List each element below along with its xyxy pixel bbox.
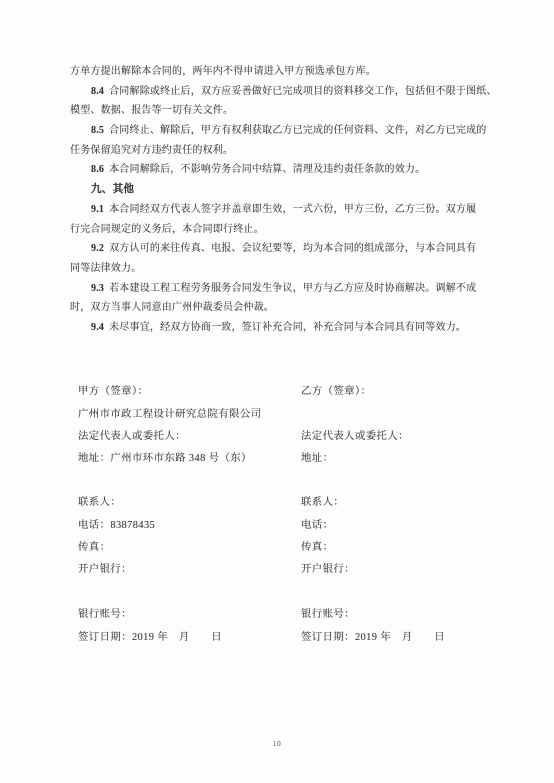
party-a-phone: 电话：83878435: [78, 520, 155, 532]
party-a-sign-date: 签订日期：2019 年 月 日: [78, 632, 222, 644]
clause-number: 9.4: [91, 322, 104, 333]
body-line: 同等法律效力。: [70, 259, 500, 279]
signature-row: 电话：83878435 电话：: [0, 520, 554, 534]
party-a-account-label: 银行账号：: [78, 609, 132, 621]
clause-text: 未尽事宜，经双方协商一致，签订补充合同，补充合同与本合同具有同等效力。: [109, 322, 466, 333]
party-a-address: 地址：广州市环市东路 348 号（东）: [78, 453, 252, 465]
body-line: 9.1本合同经双方代表人签字并盖章即生效，一式六份，甲方三份，乙方三份。双方履: [70, 200, 500, 220]
party-a-contact-label: 联系人：: [78, 497, 121, 509]
party-a-representative-label: 法定代表人或委托人：: [78, 431, 186, 443]
party-b-phone: 电话：: [301, 520, 333, 532]
body-line: 任务保留追究对方违约责任的权利。: [70, 141, 500, 161]
body-line: 8.4合同解除或终止后，双方应妥善做好已完成项目的资料移交工作，包括但不限于图纸…: [70, 82, 500, 102]
party-b-representative-label: 法定代表人或委托人：: [301, 431, 409, 443]
body-line: 8.5合同终止、解除后，甲方有权利获取乙方已完成的任何资料、文件，对乙方已完成的: [70, 121, 500, 141]
party-a-company-name: 广州市市政工程设计研究总院有限公司: [78, 409, 261, 421]
party-a-seal-label: 甲方（签章）：: [78, 386, 148, 398]
clause-number: 8.4: [91, 86, 104, 97]
contract-page: 方单方提出解除本合同的，两年内不得申请进入甲方预选承包方库。 8.4合同解除或终…: [0, 0, 554, 783]
body-line: 9.4未尽事宜，经双方协商一致，签订补充合同，补充合同与本合同具有同等效力。: [70, 318, 500, 338]
body-line: 模型、数据、报告等一切有关文件。: [70, 101, 500, 121]
body-line: 9.2双方认可的来往传真、电报、会议纪要等，均为本合同的组成部分，与本合同具有: [70, 239, 500, 259]
signature-row: 地址：广州市环市东路 348 号（东） 地址：: [0, 453, 554, 467]
clause-text: 若本建设工程工程劳务服务合同发生争议，甲方与乙方应及时协商解决。调解不成: [109, 283, 476, 294]
signature-row: 传真： 传真：: [0, 542, 554, 556]
body-line: 方单方提出解除本合同的，两年内不得申请进入甲方预选承包方库。: [70, 62, 500, 82]
clause-text: 本合同经双方代表人签字并盖章即生效，一式六份，甲方三份，乙方三份。双方履: [109, 204, 476, 215]
clause-number: 9.1: [91, 204, 104, 215]
clause-text: 双方认可的来往传真、电报、会议纪要等，均为本合同的组成部分，与本合同具有: [109, 243, 476, 254]
clause-number: 8.6: [91, 164, 104, 175]
party-b-address: 地址：: [301, 453, 333, 465]
party-a-fax-label: 传真：: [78, 542, 110, 554]
body-line: 9.3若本建设工程工程劳务服务合同发生争议，甲方与乙方应及时协商解决。调解不成: [70, 279, 500, 299]
party-b-contact-label: 联系人：: [301, 497, 344, 509]
clause-number: 9.3: [91, 283, 104, 294]
clause-number: 8.5: [91, 125, 104, 136]
clause-text: 时，双方当事人同意由广州仲裁委员会仲裁。: [70, 302, 274, 313]
clause-text: 合同终止、解除后，甲方有权利获取乙方已完成的任何资料、文件，对乙方已完成的: [109, 125, 486, 136]
party-b-sign-date: 签订日期：2019 年 月 日: [301, 632, 445, 644]
signature-row: 银行账号： 银行账号：: [0, 609, 554, 623]
clause-text: 模型、数据、报告等一切有关文件。: [70, 105, 233, 116]
party-b-account-label: 银行账号：: [301, 609, 355, 621]
signature-row: 开户银行： 开户银行：: [0, 564, 554, 578]
signature-row: 联系人： 联系人：: [0, 497, 554, 511]
party-a-bank-label: 开户银行：: [78, 564, 132, 576]
party-b-fax-label: 传真：: [301, 542, 333, 554]
clause-number: 9.2: [91, 243, 104, 254]
clause-text: 本合同解除后，不影响劳务合同中结算、清理及违约责任条款的效力。: [109, 164, 425, 175]
party-b-seal-label: 乙方（签章）：: [301, 386, 371, 398]
signature-row: 广州市市政工程设计研究总院有限公司: [0, 409, 554, 423]
signature-row: 签订日期：2019 年 月 日 签订日期：2019 年 月 日: [0, 632, 554, 646]
clause-text: 任务保留追究对方违约责任的权利。: [70, 145, 233, 156]
signature-row: 法定代表人或委托人： 法定代表人或委托人：: [0, 431, 554, 445]
body-line: 行完合同规定的义务后，本合同即行终止。: [70, 220, 500, 240]
clause-text: 同等法律效力。: [70, 263, 141, 274]
signature-row: 甲方（签章）： 乙方（签章）：: [0, 386, 554, 400]
clause-text: 合同解除或终止后，双方应妥善做好已完成项目的资料移交工作，包括但不限于图纸、: [109, 86, 497, 97]
clause-text: 行完合同规定的义务后，本合同即行终止。: [70, 224, 264, 235]
body-line: 时，双方当事人同意由广州仲裁委员会仲裁。: [70, 298, 500, 318]
page-number: 10: [0, 739, 554, 748]
party-b-bank-label: 开户银行：: [301, 564, 355, 576]
section-heading: 九、其他: [70, 180, 500, 200]
section-heading-text: 九、其他: [91, 183, 134, 195]
clause-text: 方单方提出解除本合同的，两年内不得申请进入甲方预选承包方库。: [70, 66, 376, 77]
contract-body: 方单方提出解除本合同的，两年内不得申请进入甲方预选承包方库。 8.4合同解除或终…: [70, 62, 500, 338]
body-line: 8.6本合同解除后，不影响劳务合同中结算、清理及违约责任条款的效力。: [70, 160, 500, 180]
